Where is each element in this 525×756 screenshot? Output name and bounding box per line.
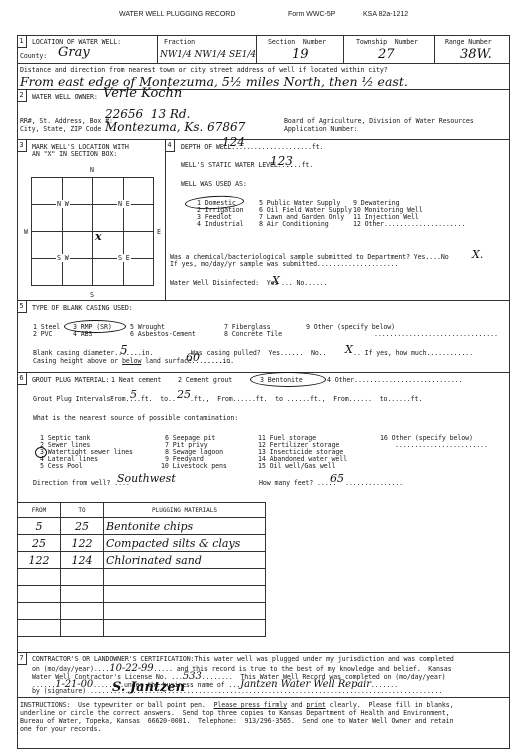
selected-source-circle xyxy=(35,447,47,458)
distance-feet-value[interactable]: 65 xyxy=(330,472,344,485)
well-location-mark: x xyxy=(95,230,102,243)
form-number: Form WWC-5P xyxy=(288,11,335,18)
grout-material-label: GROUT PLUG MATERIAL: xyxy=(32,376,109,384)
column-header-to: TO xyxy=(61,503,104,518)
quadrant-nw: N W xyxy=(56,200,70,208)
fraction-value[interactable]: NW1/4 NW1/4 SE1/4 xyxy=(160,50,256,60)
table-row: 5 25 Bentonite chips xyxy=(18,518,266,535)
cell-from[interactable] xyxy=(18,620,61,637)
casing-other-line[interactable]: ................................ xyxy=(374,330,498,338)
direction-label: Direction from well? .... xyxy=(33,479,130,487)
casing-option-8[interactable]: 8 Concrete Tile xyxy=(224,330,282,338)
city-value[interactable]: Montezuma, Ks. 67867 xyxy=(105,120,245,134)
sample-answer[interactable]: X. xyxy=(472,248,483,261)
range-value[interactable]: 38W. xyxy=(460,47,492,62)
section-number: 5 xyxy=(17,300,27,313)
cell-material[interactable]: Chlorinated sand xyxy=(104,552,266,569)
owner-label: WATER WELL OWNER: xyxy=(32,93,98,101)
address-label: RR#, St. Address, Box #: xyxy=(20,117,113,125)
disinfected-yes-mark[interactable]: X xyxy=(272,274,280,287)
grout-intervals-label: Grout Plug Intervals: xyxy=(33,395,114,403)
grout-to-prefix: .ft. to.. xyxy=(137,395,176,403)
casing-option-2[interactable]: 2 PVC xyxy=(33,330,52,338)
instructions-line4: one for your records. xyxy=(20,725,101,733)
map-label-line2: AN "X" IN SECTION BOX: xyxy=(32,150,117,158)
cell-to[interactable] xyxy=(61,586,104,603)
quadrant-sw: S W xyxy=(56,254,70,262)
cell-material[interactable]: Compacted silts & clays xyxy=(104,535,266,552)
township-label: Township Number xyxy=(356,38,418,46)
compass-south: S xyxy=(90,291,94,299)
cell-material[interactable]: Bentonite chips xyxy=(104,518,266,535)
cell-to[interactable] xyxy=(61,569,104,586)
casing-type-label: TYPE OF BLANK CASING USED: xyxy=(32,304,133,312)
use-option-4[interactable]: 4 Industrial xyxy=(197,220,243,228)
disinfected-label: Water Well Disinfected: Yes xyxy=(170,279,278,287)
sample-date-question: If yes, mo/day/yr sample was submitted..… xyxy=(170,260,398,268)
direction-value[interactable]: Southwest xyxy=(117,472,176,485)
grout-intervals-rest: .ft., From......ft. to ......ft., From..… xyxy=(190,395,422,403)
distance-feet-dots: ............... xyxy=(345,479,403,487)
section-number: 1 xyxy=(17,35,27,48)
table-row: 25 122 Compacted silts & clays xyxy=(18,535,266,552)
depth-value[interactable]: 124 xyxy=(222,135,245,149)
source-option-10[interactable]: 10 Livestock pens xyxy=(161,462,227,470)
casing-pulled-rest: .. If yes, how much............ xyxy=(353,349,473,357)
instructions-line2: underline or circle the correct answers.… xyxy=(20,709,450,717)
application-label: Application Number: xyxy=(284,125,358,133)
instructions-line1: INSTRUCTIONS: Use typewriter or ball poi… xyxy=(20,701,453,709)
instructions-line3: Bureau of Water, Topeka, Kansas 66620-00… xyxy=(20,717,453,725)
section-number-value[interactable]: 19 xyxy=(292,47,309,62)
section-number: 3 xyxy=(17,139,27,152)
cell-material[interactable] xyxy=(104,603,266,620)
diameter-value[interactable]: 5 xyxy=(120,343,128,357)
grout-option-4[interactable]: 4 Other............................ xyxy=(327,376,462,384)
casing-pulled-label: Was casing pulled? Yes...... No.. xyxy=(191,349,326,357)
form-title: WATER WELL PLUGGING RECORD xyxy=(119,11,235,18)
casing-height-value[interactable]: 60 xyxy=(186,351,200,364)
disinfected-rest: ... No...... xyxy=(281,279,327,287)
cell-from[interactable] xyxy=(18,586,61,603)
table-row: 122 124 Chlorinated sand xyxy=(18,552,266,569)
cell-material[interactable] xyxy=(104,620,266,637)
section-number-label: Section Number xyxy=(268,38,326,46)
signature[interactable]: S. Jantzen xyxy=(112,680,185,695)
source-other-line[interactable]: ........................ xyxy=(395,441,488,449)
board-label: Board of Agriculture, Division of Water … xyxy=(284,117,474,125)
compass-north: N xyxy=(90,166,94,174)
grout-to-value[interactable]: 25 xyxy=(177,388,191,401)
cell-to[interactable]: 124 xyxy=(61,552,104,569)
cell-from[interactable] xyxy=(18,603,61,620)
county-label: County: xyxy=(20,52,47,60)
distance-label: Distance and direction from nearest town… xyxy=(20,66,388,74)
fraction-label: Fraction xyxy=(164,38,195,46)
section-box[interactable]: N W N E S W S E x xyxy=(31,177,154,286)
table-row xyxy=(18,586,266,603)
cell-to[interactable]: 122 xyxy=(61,535,104,552)
table-row xyxy=(18,569,266,586)
contamination-question: What is the nearest source of possible c… xyxy=(33,414,238,422)
quadrant-ne: N E xyxy=(117,200,131,208)
selected-casing-circle xyxy=(64,320,126,333)
certification-line1: CONTRACTOR'S OR LANDOWNER'S CERTIFICATIO… xyxy=(32,655,454,663)
casing-pulled-mark[interactable]: X xyxy=(345,343,353,356)
compass-east: E xyxy=(157,228,161,236)
section-number: 4 xyxy=(165,139,175,152)
section-number: 7 xyxy=(17,652,27,665)
static-level-value[interactable]: 123 xyxy=(270,154,293,168)
selected-grout-circle xyxy=(250,372,326,387)
city-label: City, State, ZIP Code : xyxy=(20,125,113,133)
address-value[interactable]: 22656 13 Rd. xyxy=(105,107,190,121)
grout-option-2[interactable]: 2 Cement grout xyxy=(178,376,232,384)
table-row xyxy=(18,603,266,620)
depth-dots: ................ft. xyxy=(250,143,324,151)
plugging-materials-table: FROM TO PLUGGING MATERIALS 5 25 Bentonit… xyxy=(17,502,266,637)
form-statute: KSA 82a-1212 xyxy=(363,11,408,18)
owner-value[interactable]: Verle Kochn xyxy=(103,86,182,101)
table-row xyxy=(18,620,266,637)
cell-from[interactable]: 5 xyxy=(18,518,61,535)
column-header-materials: PLUGGING MATERIALS xyxy=(104,503,266,518)
signature-line: by (signature) .........................… xyxy=(32,687,442,695)
grout-from-value[interactable]: 5 xyxy=(130,388,137,401)
cell-from[interactable]: 122 xyxy=(18,552,61,569)
compass-west: W xyxy=(24,228,28,236)
range-label: Range Number xyxy=(445,38,491,46)
distance-feet-label: How many feet? ..... xyxy=(259,479,336,487)
casing-option-6[interactable]: 6 Asbestos-Cement xyxy=(130,330,196,338)
source-option-5[interactable]: 5 Cess Pool xyxy=(40,462,83,470)
cell-material[interactable] xyxy=(104,569,266,586)
grout-option-1[interactable]: 1 Neat cement xyxy=(111,376,161,384)
table-header-row: FROM TO PLUGGING MATERIALS xyxy=(18,503,266,518)
cell-from[interactable]: 25 xyxy=(18,535,61,552)
use-option-12[interactable]: 12 Other..................... xyxy=(353,220,465,228)
cell-material[interactable] xyxy=(104,586,266,603)
quadrant-se: S E xyxy=(117,254,131,262)
township-value[interactable]: 27 xyxy=(378,47,395,62)
cell-to[interactable] xyxy=(61,620,104,637)
cell-to[interactable] xyxy=(61,603,104,620)
distance-value[interactable]: From east edge of Montezuma, 5½ miles No… xyxy=(20,74,408,89)
use-option-8[interactable]: 8 Air Conditioning xyxy=(259,220,329,228)
cell-from[interactable] xyxy=(18,569,61,586)
county-value[interactable]: Gray xyxy=(58,45,90,60)
used-as-label: WELL WAS USED AS: xyxy=(181,180,247,188)
casing-height-unit: .....in. xyxy=(203,357,234,365)
section-number: 6 xyxy=(17,372,27,385)
cell-to[interactable]: 25 xyxy=(61,518,104,535)
column-header-from: FROM xyxy=(18,503,61,518)
section-number: 2 xyxy=(17,89,27,102)
source-option-15[interactable]: 15 Oil well/Gas well xyxy=(258,462,335,470)
casing-height-label: Casing height above or below land surfac… xyxy=(33,357,230,365)
diameter-unit: ...in. xyxy=(130,349,153,357)
